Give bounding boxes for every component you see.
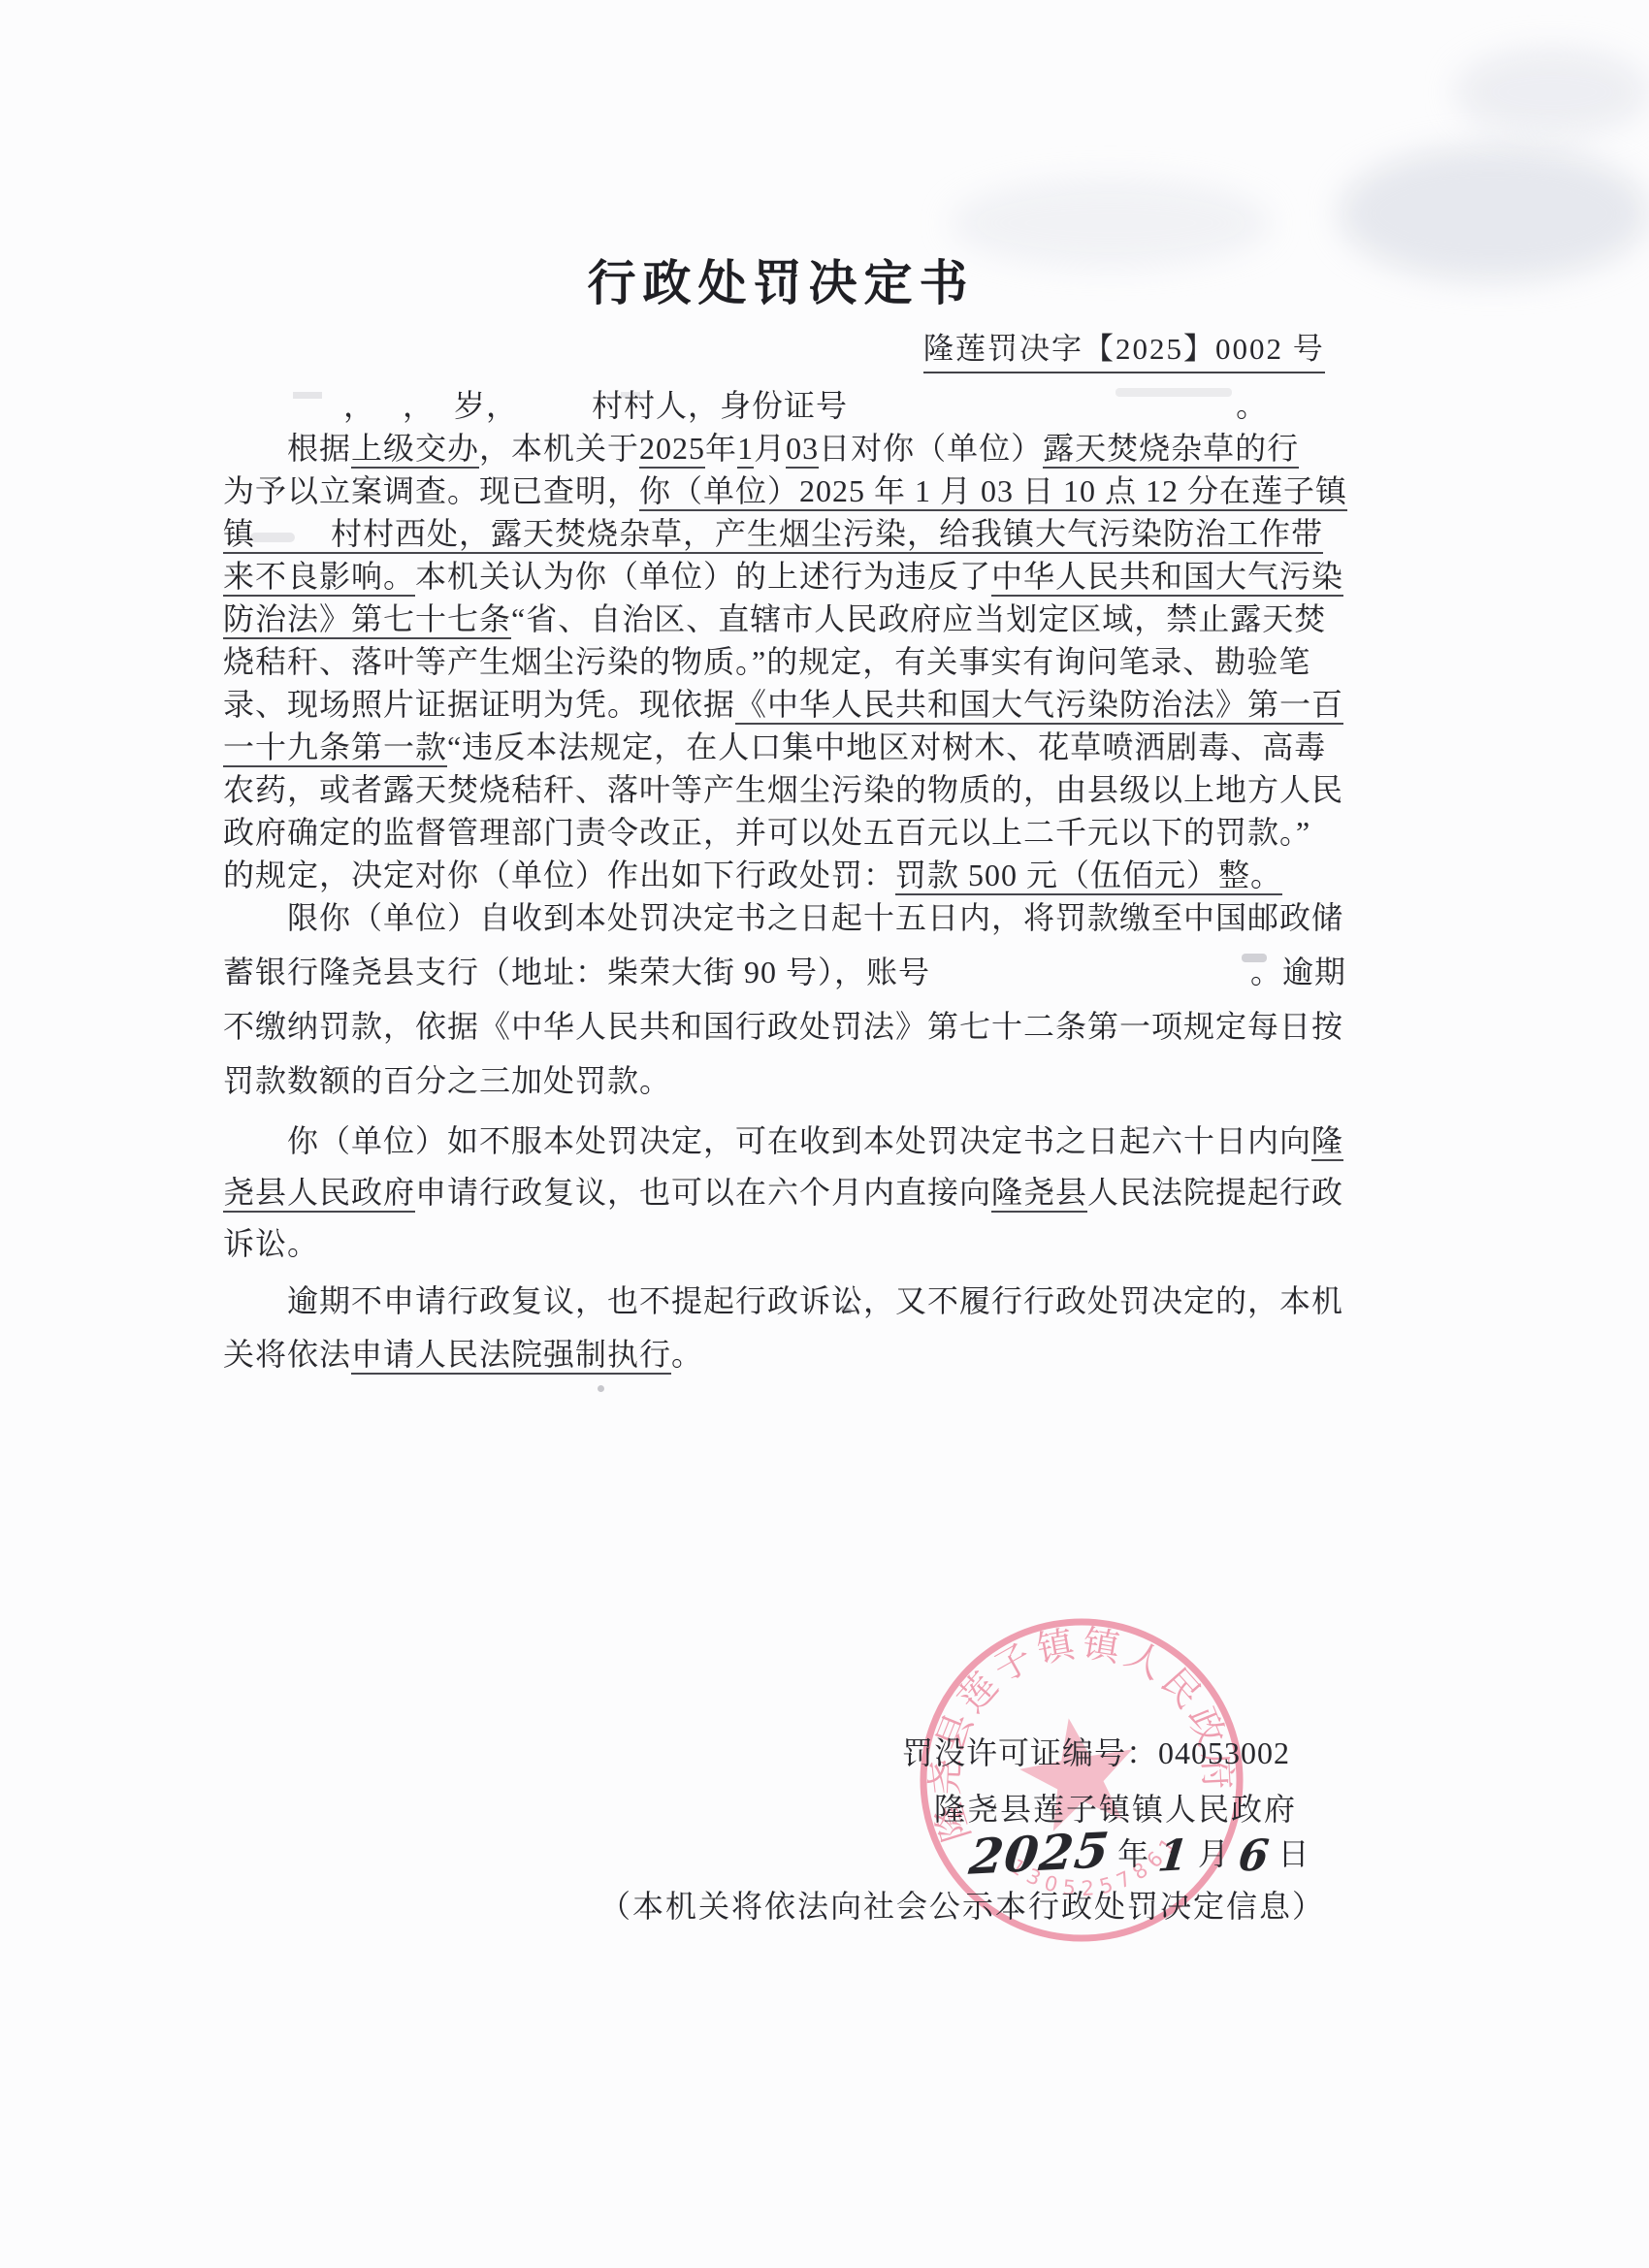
redacted-segment [848,385,1236,426]
text-segment: 烧秸秆、落叶等产生烟尘污染的物质。”的规定，有关事实有询问笔录、勘验笔 [223,641,1310,682]
month-unit: 月 [1198,1836,1230,1871]
scan-artifact [1455,49,1649,136]
issuing-authority-text: 隆尧县莲子镇镇人民政府 [934,1792,1297,1827]
body-line: 镇村村西处，露天焚烧杂草，产生烟尘污染，给我镇大气污染防治工作带 [223,513,1323,554]
text-segment: 2025 [639,428,705,469]
text-segment: 的规定，决定对你（单位）作出如下行政处罚： [223,855,895,895]
scanned-penalty-decision-page: 行政处罚决定书 隆莲罚决字【2025】0002 号 ，，岁，村村人，身份证号。根… [0,0,1649,2268]
text-segment: 人民法院提起行政 [1087,1172,1343,1213]
public-disclosure-note: （本机关将依法向社会公示本行政处罚决定信息） [599,1882,1325,1927]
body-line: 一十九条第一款“违反本法规定，在人口集中地区对树木、花草喷洒剧毒、高毒 [223,727,1326,767]
text-segment: 你（单位）如不服本处罚决定，可在收到本处罚决定书之日起六十日内向 [287,1120,1311,1161]
text-segment: 隆 [1311,1120,1343,1161]
text-segment: 农药，或者露天焚烧秸秆、落叶等产生烟尘污染的物质的，由县级以上地方人民 [223,769,1343,810]
text-segment: 镇 [223,513,255,554]
text-segment: 一十九条第一款 [223,727,447,767]
day-unit: 日 [1277,1836,1309,1871]
text-segment: 根据 [287,428,351,469]
text-segment: 逾期不申请行政复议，也不提起行政诉讼，又不履行行政处罚决定的，本机 [287,1280,1343,1321]
text-segment: 你（单位）2025 年 1 月 03 日 10 点 12 分在莲子镇 [639,470,1347,511]
text-segment: 录、现场照片证据证明为凭。现依据 [223,684,735,725]
text-segment: 中华人民共和国大气污染 [991,556,1343,597]
text-segment: 隆尧县 [991,1172,1087,1213]
body-line: 防治法》第七十七条“省、自治区、直辖市人民政府应当划定区域，禁止露天焚 [223,599,1326,639]
redacted-segment [518,385,592,426]
text-segment: “违反本法规定，在人口集中地区对树木、花草喷洒剧毒、高毒 [447,727,1326,767]
scan-artifact [598,1385,604,1392]
text-segment: 防治法》第七十七条 [223,599,511,639]
body-line: 烧秸秆、落叶等产生烟尘污染的物质。”的规定，有关事实有询问笔录、勘验笔 [223,641,1310,682]
text-segment: 诉讼。 [223,1223,319,1264]
text-segment: 。 [1236,385,1268,426]
text-segment: 为予以立案调查。现已查明， [223,470,639,511]
year-unit: 年 [1117,1836,1149,1871]
text-segment: ， [403,385,435,426]
text-segment: 本机关认为你（单位）的上述行为违反了 [415,556,991,597]
redacted-segment [285,385,343,426]
text-segment: 《中华人民共和国大气污染防治法》第一百 [735,684,1343,725]
text-segment: 罚款数额的百分之三加处罚款。 [223,1060,671,1101]
body-line: 的规定，决定对你（单位）作出如下行政处罚：罚款 500 元（伍佰元）整。 [223,855,1282,895]
redacted-segment [255,513,331,554]
handwritten-day: 6 [1237,1838,1272,1875]
body-line: 农药，或者露天焚烧秸秆、落叶等产生烟尘污染的物质的，由县级以上地方人民 [223,769,1343,810]
body-line: 蓄银行隆尧县支行（地址：柴荣大街 90 号），账号。逾期 [223,952,1346,992]
body-line: 关将依法申请人民法院强制执行。 [223,1334,703,1375]
text-segment: 申请行政复议，也可以在六个月内直接向 [415,1172,991,1213]
text-segment: 罚款 500 元（伍佰元）整。 [895,855,1282,895]
text-segment: ， [343,385,375,426]
text-segment: ，本机关于 [479,428,639,469]
scan-artifact [1339,146,1649,281]
body-line: 诉讼。 [223,1223,319,1264]
text-segment: 尧县人民政府 [223,1172,415,1213]
body-line: 为予以立案调查。现已查明，你（单位）2025 年 1 月 03 日 10 点 1… [223,470,1347,511]
body-line: 录、现场照片证据证明为凭。现依据《中华人民共和国大气污染防治法》第一百 [223,684,1343,725]
text-segment: 来不良影响。 [223,556,415,597]
text-segment: 村村西处，露天焚烧杂草，产生烟尘污染，给我镇大气污染防治工作带 [331,513,1323,554]
body-line: 不缴纳罚款，依据《中华人民共和国行政处罚法》第七十二条第一项规定每日按 [223,1006,1343,1047]
text-segment: 月 [754,428,786,469]
body-line: 逾期不申请行政复议，也不提起行政诉讼，又不履行行政处罚决定的，本机 [287,1280,1343,1321]
text-segment: 政府确定的监督管理部门责令改正，并可以处五百元以上二千元以下的罚款。” [223,812,1310,853]
handwritten-year: 2025 [968,1832,1112,1874]
text-segment: 。逾期 [1250,952,1346,992]
body-line: 政府确定的监督管理部门责令改正，并可以处五百元以上二千元以下的罚款。” [223,812,1310,853]
body-line: 限你（单位）自收到本处罚决定书之日起十五日内，将罚款缴至中国邮政储 [287,897,1343,938]
permit-number-text: 罚没许可证编号：04053002 [902,1735,1290,1770]
body-line: 你（单位）如不服本处罚决定，可在收到本处罚决定书之日起六十日内向隆 [287,1120,1343,1161]
body-line: ，，岁，村村人，身份证号。 [285,385,1268,426]
text-segment: 03 [786,428,819,469]
scan-artifact [951,179,1271,267]
text-segment: 年 [705,428,737,469]
redacted-segment [435,385,454,426]
text-segment: 上级交办 [351,428,479,469]
issuing-authority-line: 隆尧县莲子镇镇人民政府 [934,1785,1297,1830]
handwritten-month: 1 [1156,1838,1191,1875]
redacted-segment [930,952,1250,992]
public-disclosure-text: （本机关将依法向社会公示本行政处罚决定信息） [599,1889,1325,1924]
text-segment: 日对你（单位） [819,428,1043,469]
decision-date-line: 2025 年 1 月 6 日 [970,1830,1309,1874]
text-segment: 限你（单位）自收到本处罚决定书之日起十五日内，将罚款缴至中国邮政储 [287,897,1343,938]
document-title: 行政处罚决定书 [588,244,975,314]
text-segment: 露天焚烧杂草的行 [1043,428,1299,469]
text-segment: 蓄银行隆尧县支行（地址：柴荣大街 90 号），账号 [223,952,930,992]
text-segment: 1 [737,428,754,469]
body-line: 尧县人民政府申请行政复议，也可以在六个月内直接向隆尧县人民法院提起行政 [223,1172,1343,1213]
text-segment: 不缴纳罚款，依据《中华人民共和国行政处罚法》第七十二条第一项规定每日按 [223,1006,1343,1047]
text-segment: “省、自治区、直辖市人民政府应当划定区域，禁止露天焚 [511,599,1326,639]
text-segment: 申请人民法院强制执行 [351,1334,671,1375]
document-number: 隆莲罚决字【2025】0002 号 [923,324,1325,373]
redacted-segment [375,385,403,426]
text-segment: 岁， [454,385,518,426]
body-line: 罚款数额的百分之三加处罚款。 [223,1060,671,1101]
text-segment: 村村人，身份证号 [592,385,848,426]
permit-number-line: 罚没许可证编号：04053002 [902,1729,1290,1773]
text-segment: 关将依法 [223,1334,351,1375]
text-segment: 。 [671,1334,703,1375]
body-line: 根据上级交办，本机关于 2025 年 1 月 03 日对你（单位）露天焚烧杂草的… [287,428,1299,469]
body-line: 来不良影响。本机关认为你（单位）的上述行为违反了中华人民共和国大气污染 [223,556,1343,597]
